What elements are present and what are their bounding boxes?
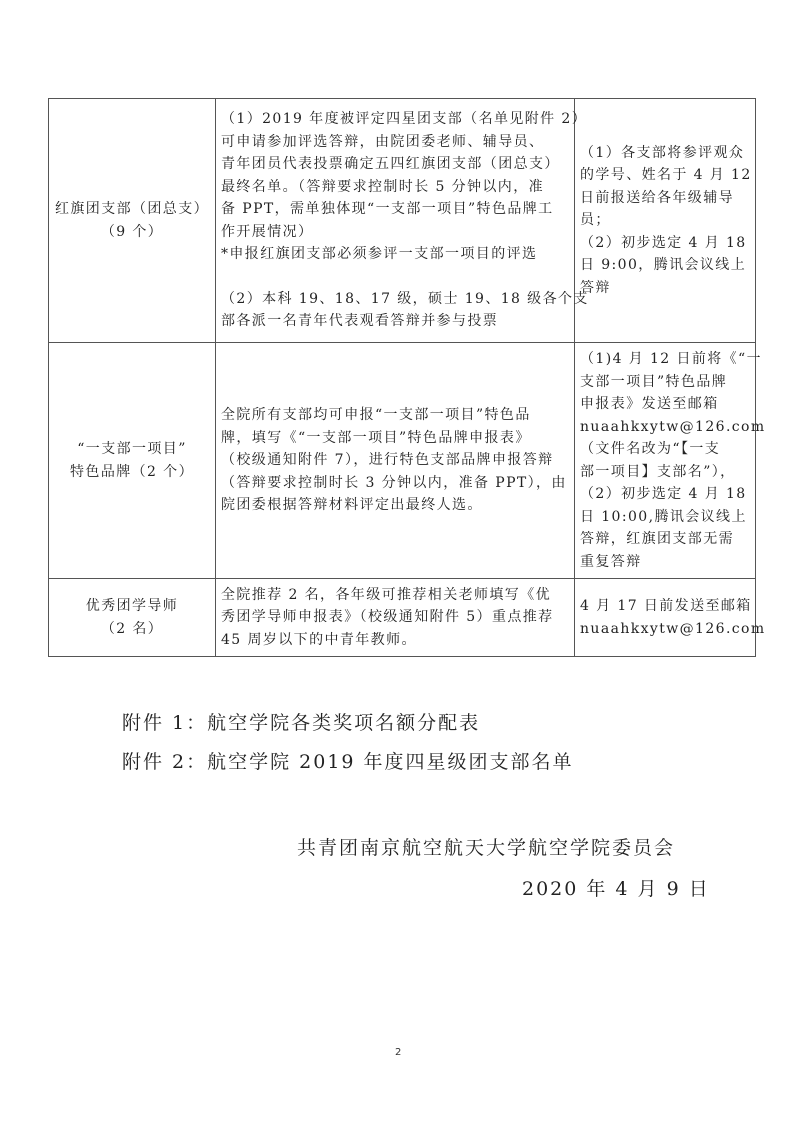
note-line: （2）初步选定 4 月 18 bbox=[580, 483, 750, 506]
desc-line: 45 周岁以下的中青年教师。 bbox=[221, 629, 569, 652]
desc-line: （2）本科 19、18、17 级，硕士 19、18 级各个支 bbox=[221, 288, 569, 311]
email-address: nuaahkxytw@126.com bbox=[580, 416, 750, 439]
note-line: （2）初步选定 4 月 18 bbox=[580, 232, 750, 255]
award-name-cell: “一支部一项目” 特色品牌（2 个） bbox=[49, 343, 216, 579]
note-line: 日 9:00，腾讯会议线上 bbox=[580, 254, 750, 277]
award-note-cell: （1）各支部将参评观众 的学号、姓名于 4 月 12 日前报送给各年级辅导 员；… bbox=[575, 99, 756, 343]
note-line: 日 10:00,腾讯会议线上 bbox=[580, 506, 750, 529]
note-line: 的学号、姓名于 4 月 12 bbox=[580, 164, 750, 187]
award-note-cell: 4 月 17 日前发送至邮箱 nuaahkxytw@126.com bbox=[575, 579, 756, 657]
award-description-cell: 全院推荐 2 名，各年级可推荐相关老师填写《优 秀团学导师申报表》（校级通知附件… bbox=[216, 579, 575, 657]
award-description-cell: 全院所有支部均可申报“一支部一项目”特色品 牌，填写《“一支部一项目”特色品牌申… bbox=[216, 343, 575, 579]
award-description-cell: （1）2019 年度被评定四星团支部（名单见附件 2） 可申请参加评选答辩，由院… bbox=[216, 99, 575, 343]
note-line: 重复答辩 bbox=[580, 551, 750, 574]
desc-line: （校级通知附件 7），进行特色支部品牌申报答辩 bbox=[221, 449, 569, 472]
award-note-cell: （1)4 月 12 日前将《“一 支部一项目”特色品牌 申报表》发送至邮箱 nu… bbox=[575, 343, 756, 579]
note-line: 支部一项目”特色品牌 bbox=[580, 371, 750, 394]
desc-line: 院团委根据答辩材料评定出最终人选。 bbox=[221, 494, 569, 517]
note-line: 员； bbox=[580, 209, 750, 232]
signature-organization: 共青团南京航空航天大学航空学院委员会 bbox=[297, 833, 675, 860]
note-line: 4 月 17 日前发送至邮箱 bbox=[580, 595, 750, 618]
email-address: nuaahkxytw@126.com bbox=[580, 618, 750, 641]
desc-line-note: *申报红旗团支部必须参评一支部一项目的评选 bbox=[221, 243, 569, 266]
desc-line: 作开展情况） bbox=[221, 221, 569, 244]
blank-line bbox=[221, 266, 569, 288]
table-row-outstanding-mentor: 优秀团学导师 （2 名） 全院推荐 2 名，各年级可推荐相关老师填写《优 秀团学… bbox=[49, 579, 756, 657]
desc-line: 秀团学导师申报表》（校级通知附件 5）重点推荐 bbox=[221, 606, 569, 629]
desc-line: 全院所有支部均可申报“一支部一项目”特色品 bbox=[221, 404, 569, 427]
award-name-line: “一支部一项目” bbox=[54, 438, 210, 461]
award-name-line: 优秀团学导师 bbox=[54, 595, 210, 618]
note-line: （1)4 月 12 日前将《“一 bbox=[580, 348, 750, 371]
desc-line: 部各派一名青年代表观看答辩并参与投票 bbox=[221, 310, 569, 333]
attachment-1: 附件 1：航空学院各类奖项名额分配表 bbox=[122, 708, 480, 735]
document-page: 红旗团支部（团总支） （9 个） （1）2019 年度被评定四星团支部（名单见附… bbox=[0, 0, 799, 1131]
desc-line: 全院推荐 2 名，各年级可推荐相关老师填写《优 bbox=[221, 584, 569, 607]
desc-line: 可申请参加评选答辩，由院团委老师、辅导员、 bbox=[221, 131, 569, 154]
note-line: （1）各支部将参评观众 bbox=[580, 142, 750, 165]
desc-line: （答辩要求控制时长 3 分钟以内，准备 PPT），由 bbox=[221, 472, 569, 495]
attachment-2: 附件 2：航空学院 2019 年度四星级团支部名单 bbox=[122, 747, 574, 774]
note-line: 答辩 bbox=[580, 277, 750, 300]
note-line: 日前报送给各年级辅导 bbox=[580, 187, 750, 210]
award-quota-line: （9 个） bbox=[54, 221, 210, 244]
note-line: 答辩，红旗团支部无需 bbox=[580, 528, 750, 551]
award-quota-line: 特色品牌（2 个） bbox=[54, 461, 210, 484]
award-quota-line: （2 名） bbox=[54, 618, 210, 641]
awards-table: 红旗团支部（团总支） （9 个） （1）2019 年度被评定四星团支部（名单见附… bbox=[48, 98, 756, 657]
note-line: 申报表》发送至邮箱 bbox=[580, 393, 750, 416]
award-name-cell: 优秀团学导师 （2 名） bbox=[49, 579, 216, 657]
note-line: 部一项目】支部名”）， bbox=[580, 461, 750, 484]
table-row-branch-project-brand: “一支部一项目” 特色品牌（2 个） 全院所有支部均可申报“一支部一项目”特色品… bbox=[49, 343, 756, 579]
desc-line: 青年团员代表投票确定五四红旗团支部（团总支） bbox=[221, 153, 569, 176]
award-name-cell: 红旗团支部（团总支） （9 个） bbox=[49, 99, 216, 343]
note-line: （文件名改为“【一支 bbox=[580, 438, 750, 461]
page-number: 2 bbox=[395, 1047, 401, 1058]
desc-line: 最终名单。（答辩要求控制时长 5 分钟以内，准 bbox=[221, 176, 569, 199]
signature-date: 2020 年 4 月 9 日 bbox=[522, 874, 710, 901]
award-name-line: 红旗团支部（团总支） bbox=[54, 198, 210, 221]
desc-line: （1）2019 年度被评定四星团支部（名单见附件 2） bbox=[221, 108, 569, 131]
desc-line: 牌，填写《“一支部一项目”特色品牌申报表》 bbox=[221, 427, 569, 450]
table-row-red-flag-branch: 红旗团支部（团总支） （9 个） （1）2019 年度被评定四星团支部（名单见附… bbox=[49, 99, 756, 343]
desc-line: 备 PPT，需单独体现“一支部一项目”特色品牌工 bbox=[221, 198, 569, 221]
